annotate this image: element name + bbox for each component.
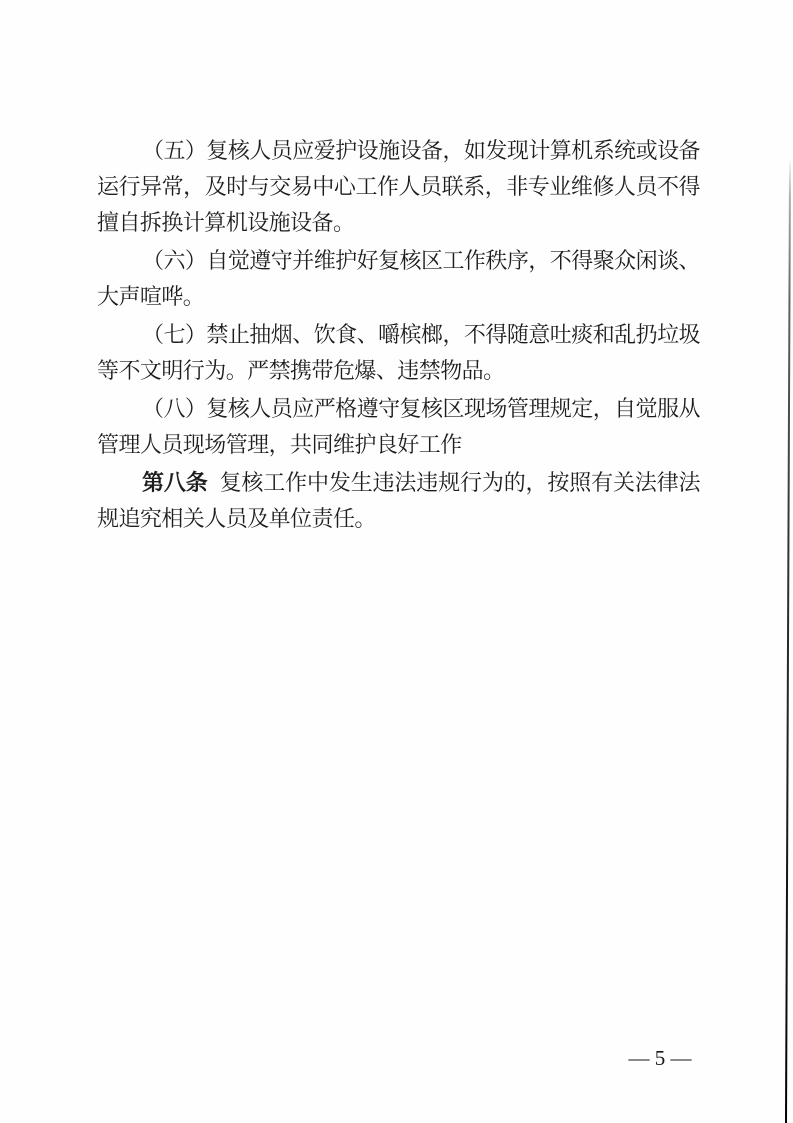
text-line: 擅自拆换计算机设施设备。 <box>97 205 700 241</box>
scan-edge-artifact <box>785 158 791 1123</box>
article-number: 第八条 <box>142 470 208 495</box>
text-line: 大声喧哗。 <box>97 279 700 315</box>
text-line: （七）禁止抽烟、饮食、嚼槟榔，不得随意吐痰和乱扔垃圾 <box>97 317 700 353</box>
paragraph-item-5: （五）复核人员应爱护设施设备，如发现计算机系统或设备 运行异常，及时与交易中心工… <box>97 133 700 241</box>
text-line: （五）复核人员应爱护设施设备，如发现计算机系统或设备 <box>97 133 700 169</box>
document-text: （五）复核人员应爱护设施设备，如发现计算机系统或设备 运行异常，及时与交易中心工… <box>97 133 700 539</box>
text-line: 管理人员现场管理，共同维护良好工作 <box>97 427 700 463</box>
paragraph-article-8: 第八条复核工作中发生违法违规行为的，按照有关法律法 规追究相关人员及单位责任。 <box>97 465 700 537</box>
text-line: 等不文明行为。严禁携带危爆、违禁物品。 <box>97 353 700 389</box>
paragraph-item-8: （八）复核人员应严格遵守复核区现场管理规定，自觉服从 管理人员现场管理，共同维护… <box>97 391 700 463</box>
text-line: 第八条复核工作中发生违法违规行为的，按照有关法律法 <box>97 465 700 501</box>
scanned-page: （五）复核人员应爱护设施设备，如发现计算机系统或设备 运行异常，及时与交易中心工… <box>0 0 793 1123</box>
article-text: 复核工作中发生违法违规行为的，按照有关法律法 <box>220 470 700 495</box>
paragraph-item-7: （七）禁止抽烟、饮食、嚼槟榔，不得随意吐痰和乱扔垃圾 等不文明行为。严禁携带危爆… <box>97 317 700 389</box>
text-line: （八）复核人员应严格遵守复核区现场管理规定，自觉服从 <box>97 391 700 427</box>
paragraph-item-6: （六）自觉遵守并维护好复核区工作秩序，不得聚众闲谈、 大声喧哗。 <box>97 243 700 315</box>
text-line: 运行异常，及时与交易中心工作人员联系，非专业维修人员不得 <box>97 169 700 205</box>
text-line: 规追究相关人员及单位责任。 <box>97 501 700 537</box>
page-number: — 5 — <box>620 1046 700 1071</box>
text-line: （六）自觉遵守并维护好复核区工作秩序，不得聚众闲谈、 <box>97 243 700 279</box>
